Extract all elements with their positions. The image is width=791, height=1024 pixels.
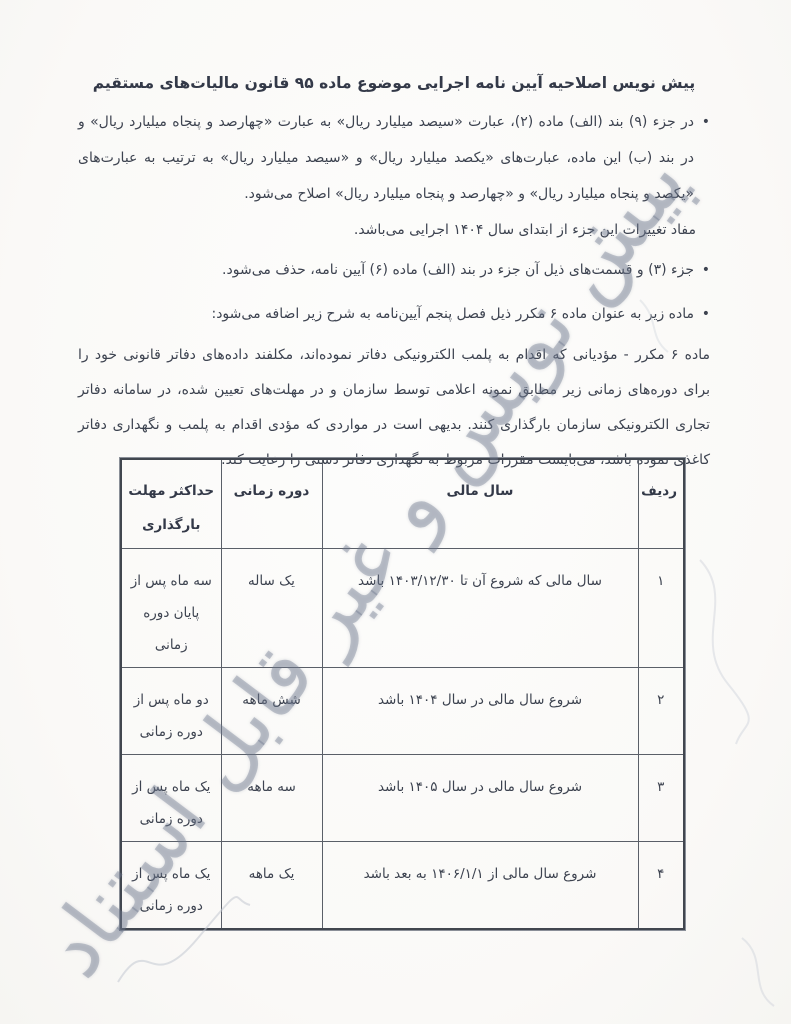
table-header-row: ردیف سال مالی دوره زمانی حداکثر مهلت بار… [121,459,684,549]
bullet-icon: • [702,296,710,332]
bullet-icon: • [702,252,710,288]
cell-time-period: یک ساله [221,549,322,668]
table-row: ۴ شروع سال مالی از ۱۴۰۶/۱/۱ به بعد باشد … [121,842,684,930]
cell-deadline: سه ماه پس از پایان دوره زمانی [121,549,221,668]
document-body: پیش نویس اصلاحیه آیین نامه اجرایی موضوع … [78,74,710,478]
cell-time-period: یک ماهه [221,842,322,930]
header-max-upload-deadline: حداکثر مهلت بارگذاری [121,459,221,549]
page-title: پیش نویس اصلاحیه آیین نامه اجرایی موضوع … [78,74,710,92]
header-time-period: دوره زمانی [221,459,322,549]
cell-deadline: دو ماه پس از دوره زمانی [121,668,221,755]
article-6-repeated-paragraph: ماده ۶ مکرر - مؤدیانی که اقدام به پلمب ا… [78,338,710,478]
bullet-icon: • [702,104,710,140]
cell-row-number: ۳ [638,755,684,842]
clause-amend-amounts: • در جزء (۹) بند (الف) ماده (۲)، عبارت «… [78,104,710,212]
cell-fiscal-year: شروع سال مالی از ۱۴۰۶/۱/۱ به بعد باشد [322,842,638,930]
clause-text: جزء (۳) و قسمت‌های ذیل آن جزء در بند (ال… [222,262,694,278]
clause-text: ماده ۶ مکرر - مؤدیانی که اقدام به پلمب ا… [78,347,710,468]
table-row: ۲ شروع سال مالی در سال ۱۴۰۴ باشد شش ماهه… [121,668,684,755]
header-fiscal-year: سال مالی [322,459,638,549]
cell-fiscal-year: سال مالی که شروع آن تا ۱۴۰۳/۱۲/۳۰ باشد [322,549,638,668]
cell-time-period: سه ماهه [221,755,322,842]
clause-delete-part3: • جزء (۳) و قسمت‌های ذیل آن جزء در بند (… [78,252,710,288]
header-row-number: ردیف [638,459,684,549]
clause-effective-date: مفاد تغییرات این جزء از ابتدای سال ۱۴۰۴ … [78,212,710,248]
clause-add-article: • ماده زیر به عنوان ماده ۶ مکرر ذیل فصل … [78,296,710,332]
table-row: ۱ سال مالی که شروع آن تا ۱۴۰۳/۱۲/۳۰ باشد… [121,549,684,668]
cell-row-number: ۱ [638,549,684,668]
scanned-document-page: پیش نویس اصلاحیه آیین نامه اجرایی موضوع … [0,0,791,1024]
cell-fiscal-year: شروع سال مالی در سال ۱۴۰۴ باشد [322,668,638,755]
upload-deadline-table: ردیف سال مالی دوره زمانی حداکثر مهلت بار… [120,458,685,930]
cell-deadline: یک ماه پس از دوره زمانی [121,755,221,842]
cell-fiscal-year: شروع سال مالی در سال ۱۴۰۵ باشد [322,755,638,842]
cell-deadline: یک ماه پس از دوره زمانی [121,842,221,930]
table-row: ۳ شروع سال مالی در سال ۱۴۰۵ باشد سه ماهه… [121,755,684,842]
cell-row-number: ۲ [638,668,684,755]
clause-text: در جزء (۹) بند (الف) ماده (۲)، عبارت «سی… [78,114,694,202]
clause-text: مفاد تغییرات این جزء از ابتدای سال ۱۴۰۴ … [354,222,696,238]
cell-time-period: شش ماهه [221,668,322,755]
cell-row-number: ۴ [638,842,684,930]
clause-text: ماده زیر به عنوان ماده ۶ مکرر ذیل فصل پن… [211,306,694,322]
